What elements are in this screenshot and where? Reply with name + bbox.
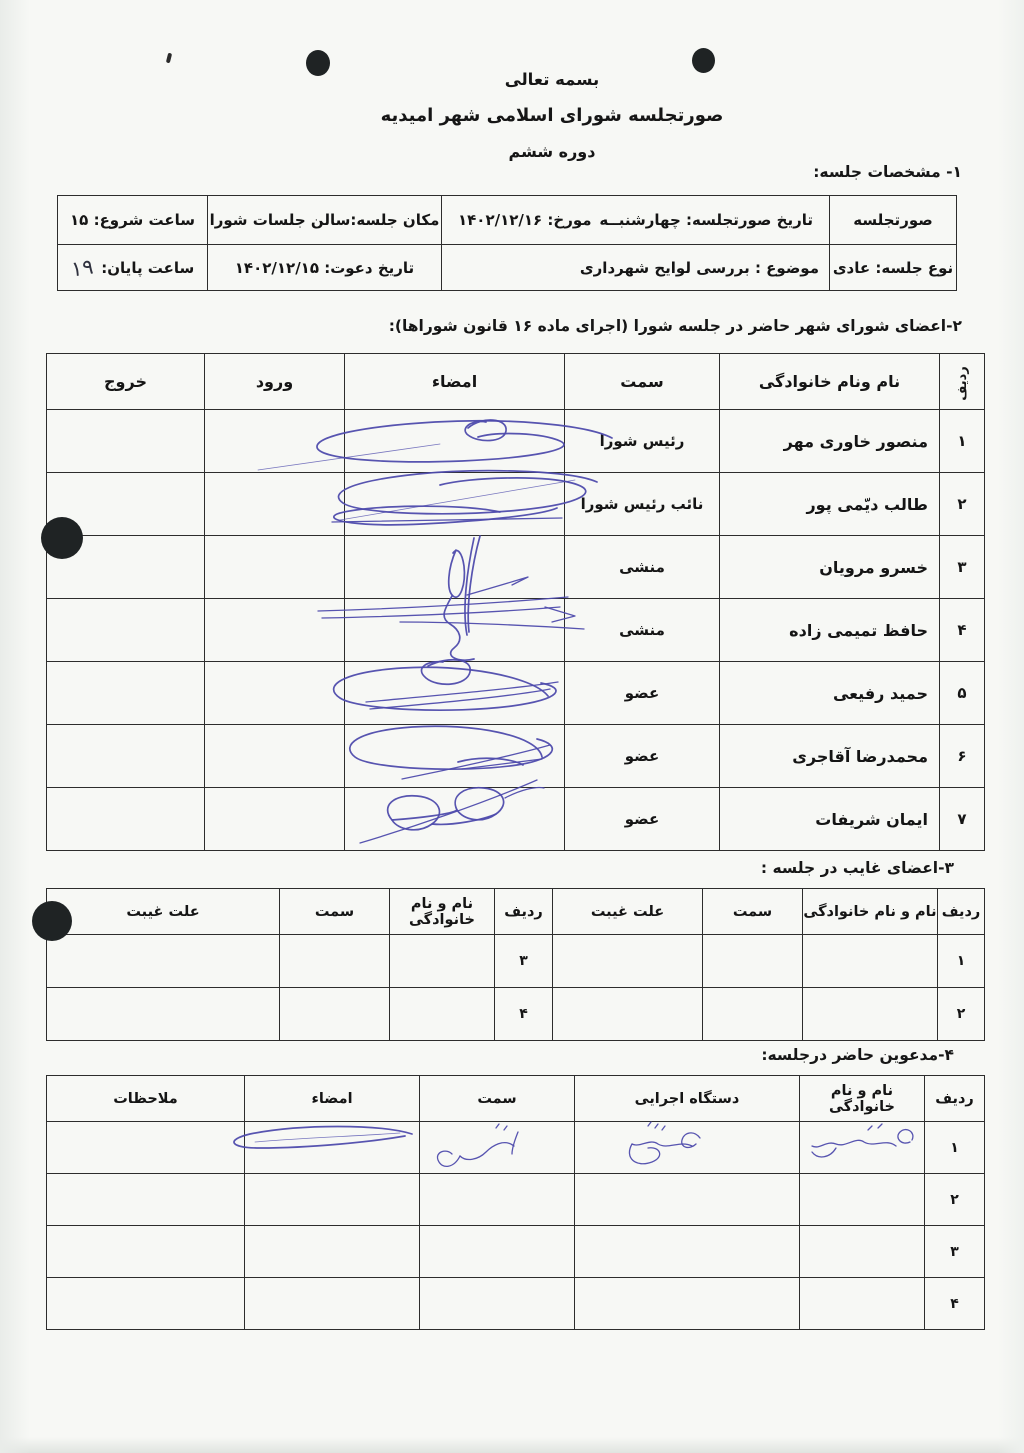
cell-row-number: ۲ — [938, 988, 985, 1041]
cell-invitee-position — [420, 1226, 575, 1278]
header-position: سمت — [703, 889, 803, 935]
cell-start-time: ساعت شروع: ۱۵ — [58, 196, 208, 245]
cell-member-name: منصور خاوری مهر — [720, 410, 940, 473]
header-index: ردیف — [938, 889, 985, 935]
cell-invitee-signature — [245, 1122, 420, 1174]
cell-row-number: ۱ — [938, 935, 985, 988]
member-row: ۴ حافظ تمیمی زاده منشی — [47, 599, 985, 662]
cell-meeting-date: تاریخ صورتجلسه: چهارشنبــه مورخ: ۱۴۰۲/۱۲… — [442, 196, 830, 245]
meeting-specs-table: صورتجلسه تاریخ صورتجلسه: چهارشنبــه مورخ… — [57, 195, 957, 291]
section1-heading: ۱- مشخصات جلسه: — [813, 163, 962, 181]
cell-entry-time — [205, 410, 345, 473]
cell-entry-time — [205, 725, 345, 788]
header-signature: امضاء — [245, 1076, 420, 1122]
cell-row-number: ۳ — [495, 935, 553, 988]
cell-exit-time — [47, 410, 205, 473]
meeting-date-value: مورخ: ۱۴۰۲/۱۲/۱۶ — [458, 211, 592, 229]
hole-punch-mark — [41, 517, 83, 559]
absent-row: ۱ ۳ — [47, 935, 985, 988]
header-index: ردیف — [940, 354, 985, 410]
header-agency: دستگاه اجرایی — [575, 1076, 800, 1122]
cell-absent-name — [390, 935, 495, 988]
cell-minutes-label: صورتجلسه — [830, 196, 957, 245]
header-name: نام و نام خانوادگی — [800, 1076, 925, 1122]
cell-invitee-name — [800, 1226, 925, 1278]
cell-member-position: نائب رئیس شورا — [565, 473, 720, 536]
header-position: سمت — [565, 354, 720, 410]
cell-member-name: ایمان شریفات — [720, 788, 940, 851]
header-absence-reason: علت غیبت — [47, 889, 280, 935]
cell-member-name: طالب دیّمی پور — [720, 473, 940, 536]
cell-row-number: ۲ — [940, 473, 985, 536]
section4-heading: ۴-مدعوین حاضر درجلسه: — [761, 1046, 954, 1064]
header-name: نام و نام خانوادگی — [803, 889, 938, 935]
cell-invitee-agency — [575, 1174, 800, 1226]
header-name: نام و نام خانوادگی — [390, 889, 495, 935]
cell-exit-time — [47, 662, 205, 725]
cell-member-signature — [345, 725, 565, 788]
cell-row-number: ۶ — [940, 725, 985, 788]
hole-punch-mark — [692, 48, 715, 73]
hole-punch-mark — [306, 50, 330, 76]
cell-invitee-notes — [47, 1122, 245, 1174]
cell-invitee-position — [420, 1122, 575, 1174]
cell-member-position: عضو — [565, 662, 720, 725]
cell-row-number: ۴ — [495, 988, 553, 1041]
invitee-row: ۴ — [47, 1278, 985, 1330]
handwritten-end-time: ۱۹ — [70, 254, 94, 282]
scanned-meeting-minutes-page: بسمه تعالی صورتجلسه شورای اسلامی شهر امی… — [0, 0, 1024, 1453]
cell-member-signature — [345, 599, 565, 662]
cell-member-name: حمید رفیعی — [720, 662, 940, 725]
header-signature: امضاء — [345, 354, 565, 410]
member-row: ۱ منصور خاوری مهر رئیس شورا — [47, 410, 985, 473]
cell-member-position: عضو — [565, 788, 720, 851]
section2-heading: ۲-اعضای شورای شهر حاضر در جلسه شورا (اجر… — [389, 317, 962, 335]
document-title: صورتجلسه شورای اسلامی شهر امیدیه — [312, 105, 792, 126]
header-exit: خروج — [47, 354, 205, 410]
cell-invitee-notes — [47, 1278, 245, 1330]
member-row: ۳ خسرو مرویان منشی — [47, 536, 985, 599]
end-time-label: ساعت پایان: — [101, 259, 194, 277]
cell-invitee-signature — [245, 1278, 420, 1330]
header-notes: ملاحظات — [47, 1076, 245, 1122]
invitee-row: ۲ — [47, 1174, 985, 1226]
cell-absent-position — [280, 988, 390, 1041]
cell-exit-time — [47, 725, 205, 788]
hole-punch-mark — [32, 901, 72, 941]
cell-invitee-position — [420, 1174, 575, 1226]
cell-end-time: ساعت پایان: ۱۹ — [58, 245, 208, 291]
cell-absent-position — [703, 988, 803, 1041]
header-position: سمت — [420, 1076, 575, 1122]
invitee-row: ۳ — [47, 1226, 985, 1278]
cell-invite-date: تاریخ دعوت: ۱۴۰۲/۱۲/۱۵ — [208, 245, 442, 291]
header-index: ردیف — [495, 889, 553, 935]
cell-invitee-name — [800, 1278, 925, 1330]
cell-member-name: حافظ تمیمی زاده — [720, 599, 940, 662]
cell-member-signature — [345, 788, 565, 851]
stray-pen-mark — [166, 53, 172, 64]
member-row: ۵ حمید رفیعی عضو — [47, 662, 985, 725]
cell-row-number: ۱ — [925, 1122, 985, 1174]
member-row: ۶ محمدرضا آقاجری عضو — [47, 725, 985, 788]
invitees-table: ردیف نام و نام خانوادگی دستگاه اجرایی سم… — [46, 1075, 985, 1330]
section3-heading: ۳-اعضای غایب در جلسه : — [761, 859, 954, 877]
absent-row: ۲ ۴ — [47, 988, 985, 1041]
cell-absent-position — [280, 935, 390, 988]
header-name: نام ونام خانوادگی — [720, 354, 940, 410]
cell-absence-reason — [553, 988, 703, 1041]
cell-member-position: منشی — [565, 536, 720, 599]
cell-member-position: رئیس شورا — [565, 410, 720, 473]
header-entry: ورود — [205, 354, 345, 410]
cell-row-number: ۳ — [940, 536, 985, 599]
cell-invitee-notes — [47, 1174, 245, 1226]
cell-absent-name — [803, 935, 938, 988]
cell-member-position: منشی — [565, 599, 720, 662]
council-term: دوره ششم — [312, 142, 792, 161]
cell-row-number: ۵ — [940, 662, 985, 725]
cell-row-number: ۱ — [940, 410, 985, 473]
cell-exit-time — [47, 788, 205, 851]
cell-row-number: ۷ — [940, 788, 985, 851]
cell-entry-time — [205, 662, 345, 725]
cell-subject: موضوع : بررسی لوایح شهرداری — [442, 245, 830, 291]
header-index: ردیف — [925, 1076, 985, 1122]
cell-absent-name — [390, 988, 495, 1041]
cell-invitee-signature — [245, 1226, 420, 1278]
cell-entry-time — [205, 536, 345, 599]
cell-row-number: ۲ — [925, 1174, 985, 1226]
cell-exit-time — [47, 599, 205, 662]
cell-row-number: ۳ — [925, 1226, 985, 1278]
cell-invitee-agency — [575, 1278, 800, 1330]
cell-member-name: خسرو مرویان — [720, 536, 940, 599]
cell-invitee-notes — [47, 1226, 245, 1278]
header-absence-reason: علت غیبت — [553, 889, 703, 935]
cell-invitee-name — [800, 1174, 925, 1226]
cell-invitee-name — [800, 1122, 925, 1174]
cell-absent-name — [803, 988, 938, 1041]
cell-entry-time — [205, 473, 345, 536]
cell-member-signature — [345, 473, 565, 536]
cell-meeting-type: نوع جلسه: عادی — [830, 245, 957, 291]
member-row: ۷ ایمان شریفات عضو — [47, 788, 985, 851]
cell-invitee-agency — [575, 1122, 800, 1174]
cell-invitee-signature — [245, 1174, 420, 1226]
cell-meeting-location: مکان جلسه:سالن جلسات شورا — [208, 196, 442, 245]
cell-absent-position — [703, 935, 803, 988]
cell-member-signature — [345, 410, 565, 473]
present-members-table: ردیف نام ونام خانوادگی سمت امضاء ورود خر… — [46, 353, 985, 851]
cell-member-signature — [345, 536, 565, 599]
member-row: ۲ طالب دیّمی پور نائب رئیس شورا — [47, 473, 985, 536]
cell-absence-reason — [47, 935, 280, 988]
cell-entry-time — [205, 599, 345, 662]
cell-row-number: ۴ — [925, 1278, 985, 1330]
cell-invitee-position — [420, 1278, 575, 1330]
invitee-row: ۱ — [47, 1122, 985, 1174]
cell-invitee-agency — [575, 1226, 800, 1278]
absent-members-table: ردیف نام و نام خانوادگی سمت علت غیبت ردی… — [46, 888, 985, 1041]
cell-absence-reason — [553, 935, 703, 988]
cell-row-number: ۴ — [940, 599, 985, 662]
cell-member-signature — [345, 662, 565, 725]
cell-entry-time — [205, 788, 345, 851]
bismillah-text: بسمه تعالی — [312, 70, 792, 89]
cell-member-position: عضو — [565, 725, 720, 788]
header-index-label: ردیف — [955, 366, 970, 401]
cell-absence-reason — [47, 988, 280, 1041]
header-position: سمت — [280, 889, 390, 935]
cell-member-name: محمدرضا آقاجری — [720, 725, 940, 788]
meeting-date-label: تاریخ صورتجلسه: چهارشنبــه — [599, 211, 813, 229]
